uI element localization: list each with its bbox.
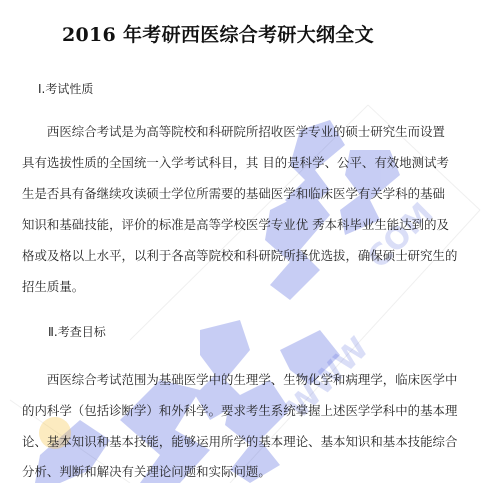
section-heading-exam-objectives: Ⅱ.考查目标 xyxy=(48,323,106,340)
paragraph-line: 招生质量。 xyxy=(22,277,84,295)
paragraph-line: 论、基本知识和基本技能，能够运用所学的基本理论、基本知识和基本技能综合 xyxy=(22,432,457,450)
paragraph-line: 分析、判断和解决有关理论问题和实际问题。 xyxy=(22,462,271,480)
paragraph-line: 西医综合考试是为高等院校和科研院所招收医学专业的硕士研究生而设置 xyxy=(22,122,445,140)
paragraph-line: 知识和基础技能，评价的标准是高等学校医学专业优 秀本科毕业生能达到的及 xyxy=(22,215,449,233)
document-title: 2016 年考研西医综合考研大纲全文 xyxy=(62,20,442,47)
paragraph-line: 的内科学（包括诊断学）和外科学。要求考生系统掌握上述医学学科中的基本理 xyxy=(22,401,457,419)
paragraph-line: 生是否具有备继续攻读硕士学位所需要的基础医学和临床医学有关学科的基础 xyxy=(22,184,445,202)
section-heading-exam-nature: Ⅰ.考试性质 xyxy=(38,80,93,97)
paragraph-line: 具有选拔性质的全国统一入学考试科目，其 目的是科学、公平、有效地测试考 xyxy=(22,153,449,171)
document-page: COM WWW 2016 年考研西医综合考研大纲全文 Ⅰ.考试性质 西医综合考试… xyxy=(0,0,500,483)
paragraph-line: 西医综合考试范围为基础医学中的生理学、生物化学和病理学，临床医学中 xyxy=(22,370,457,388)
paragraph-line: 格或及格以上水平，以利于各高等院校和科研院所择优选拔，确保硕士研究生的 xyxy=(22,246,457,264)
